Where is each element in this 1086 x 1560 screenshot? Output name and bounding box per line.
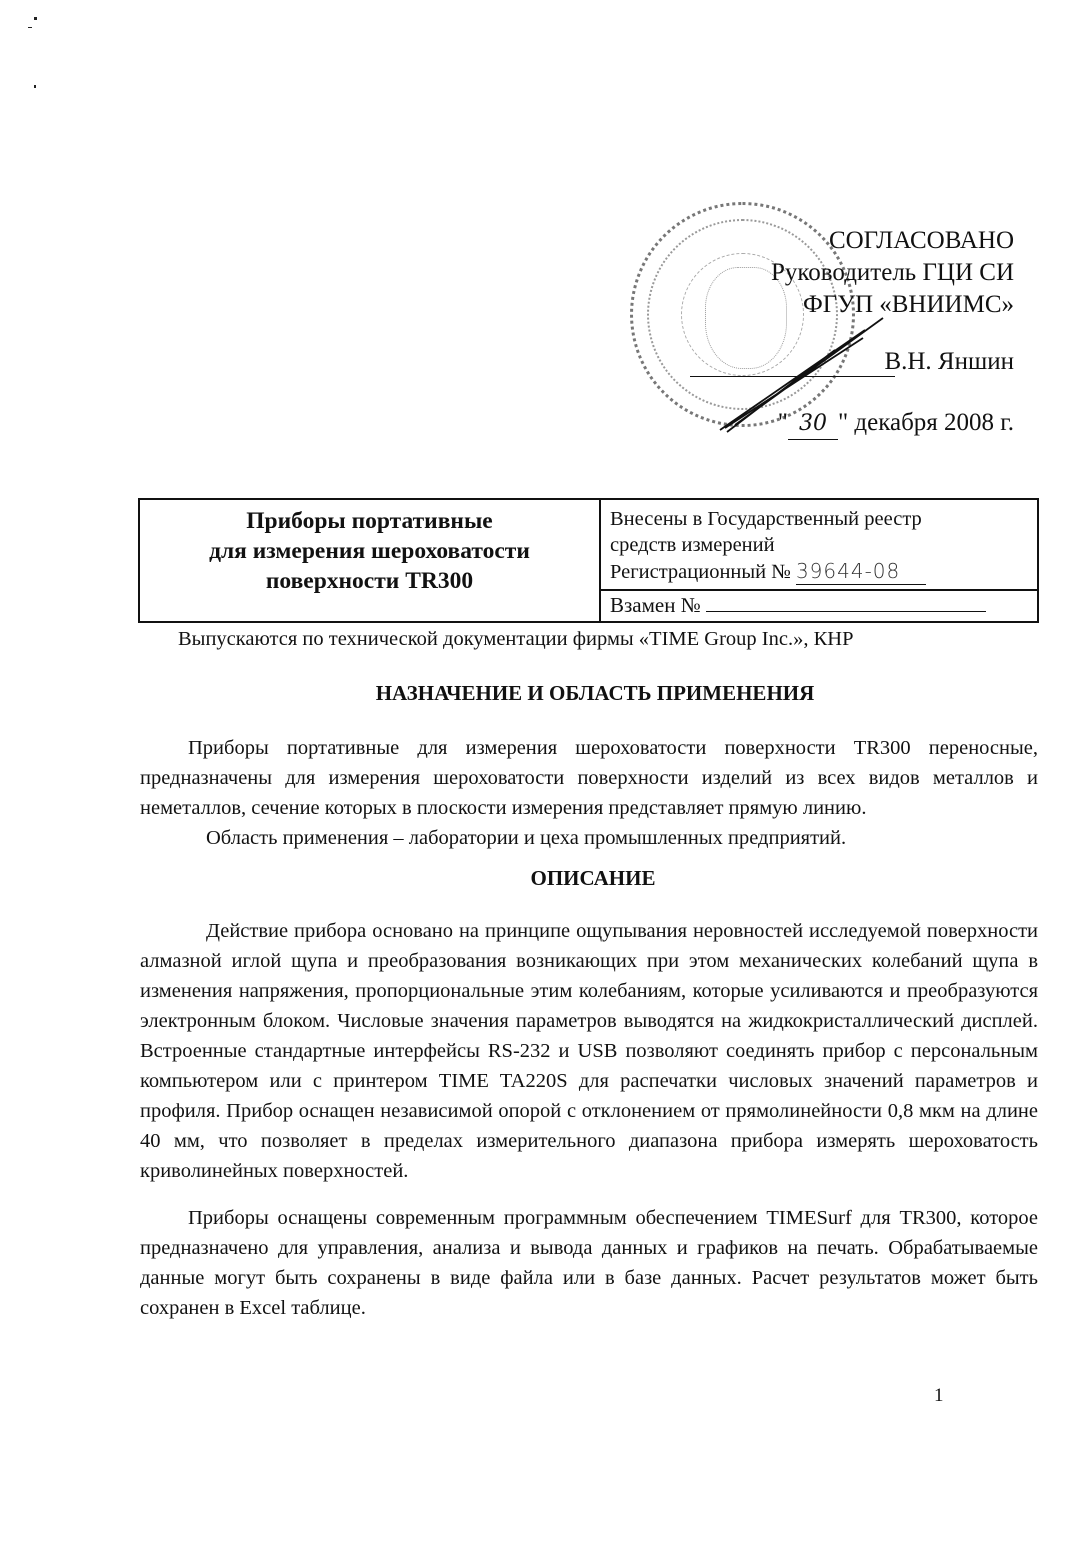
approval-status: СОГЛАСОВАНО bbox=[829, 226, 1014, 256]
produced-by-note: Выпускаются по технической документации … bbox=[178, 628, 853, 651]
replace-cell: Взамен № bbox=[600, 590, 1038, 622]
scan-artifacts bbox=[28, 14, 40, 94]
paragraph: Действие прибора основано на принципе ощ… bbox=[140, 916, 1038, 1186]
registration-label: Регистрационный № bbox=[610, 561, 791, 583]
approval-date: "30" декабря 2008 г. bbox=[778, 408, 1014, 440]
title-line: поверхности TR300 bbox=[141, 566, 598, 596]
header-table: Приборы портативные для измерения шерохо… bbox=[138, 498, 1039, 623]
signature-line bbox=[690, 376, 895, 377]
paragraph: Приборы портативные для измерения шерохо… bbox=[140, 733, 1038, 823]
approval-position: Руководитель ГЦИ СИ bbox=[771, 258, 1014, 288]
instrument-title: Приборы портативные для измерения шерохо… bbox=[139, 499, 600, 622]
approval-block: СОГЛАСОВАНО Руководитель ГЦИ СИ ФГУП «ВН… bbox=[620, 200, 1050, 450]
date-quote: " bbox=[778, 409, 788, 436]
approval-organization: ФГУП «ВНИИМС» bbox=[803, 290, 1014, 320]
registry-cell: Внесены в Государственный реестр средств… bbox=[600, 499, 1038, 590]
registration-number: 39644-08 bbox=[796, 558, 926, 585]
replace-blank bbox=[706, 593, 986, 612]
date-month-year: " декабря 2008 г. bbox=[838, 409, 1014, 436]
registration-row: Регистрационный № 39644-08 bbox=[610, 558, 1029, 585]
signatory-name: В.Н. Яншин bbox=[884, 347, 1014, 377]
replace-label: Взамен № bbox=[610, 593, 701, 617]
title-line: для измерения шероховатости bbox=[141, 536, 598, 566]
page-number: 1 bbox=[934, 1385, 944, 1407]
registry-text: средств измерений bbox=[610, 532, 1029, 558]
section-heading-purpose: НАЗНАЧЕНИЕ И ОБЛАСТЬ ПРИМЕНЕНИЯ bbox=[52, 681, 1086, 706]
title-line: Приборы портативные bbox=[141, 506, 598, 536]
date-day: 30 bbox=[788, 409, 838, 440]
paragraph: Приборы оснащены современным программным… bbox=[140, 1203, 1038, 1323]
registry-text: Внесены в Государственный реестр bbox=[610, 506, 1029, 532]
paragraph: Область применения – лаборатории и цеха … bbox=[140, 823, 1038, 853]
section-heading-description: ОПИСАНИЕ bbox=[50, 866, 1086, 891]
